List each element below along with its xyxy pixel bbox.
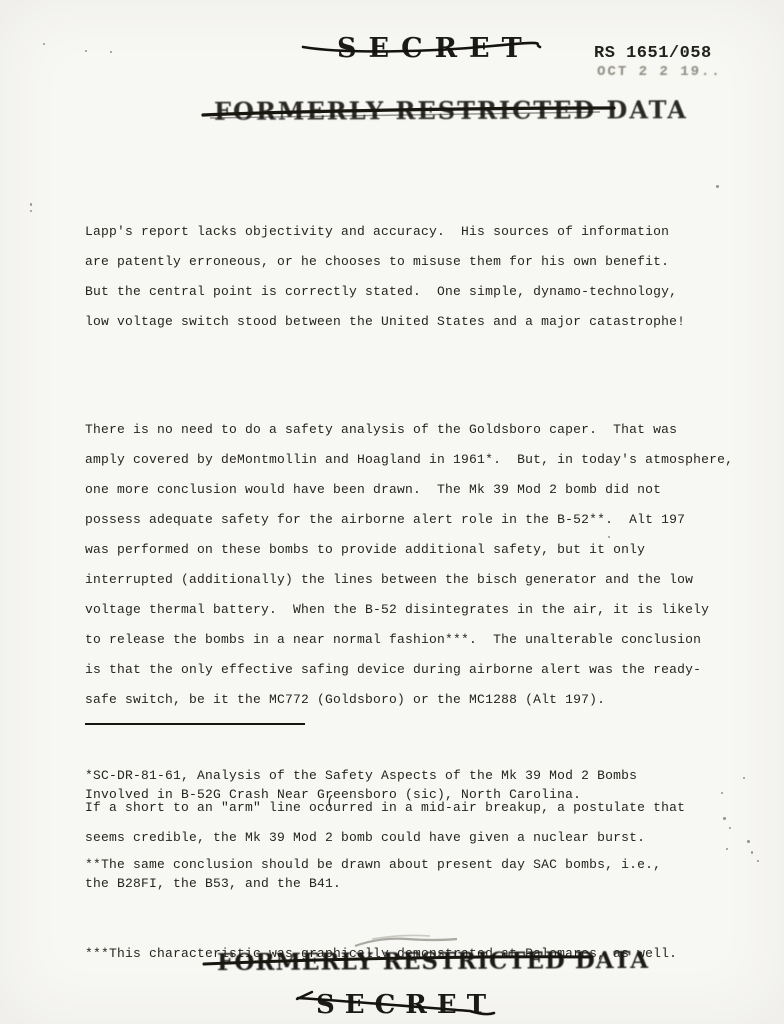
footnote: *SC-DR-81-61, Analysis of the Safety Asp…	[85, 766, 677, 804]
stray-pen-mark: (	[326, 794, 335, 811]
scan-speck	[721, 792, 723, 794]
scan-speck	[110, 51, 112, 53]
scan-speck	[608, 536, 610, 538]
scan-speck	[30, 203, 32, 206]
scan-speck	[43, 43, 45, 45]
date-stamp: OCT 2 2 19..	[597, 64, 722, 80]
formerly-restricted-data-stamp-bottom: FORMERLY RESTRICTED DATA	[217, 947, 649, 976]
scan-speck	[723, 817, 726, 820]
paragraph: There is no need to do a safety analysis…	[85, 415, 733, 715]
document-number: RS 1651/058	[594, 44, 712, 63]
scan-speck	[751, 851, 753, 854]
formerly-restricted-data-stamp-top: FORMERLY RESTRICTED DATA	[214, 95, 688, 126]
footnote-separator-rule	[85, 723, 305, 725]
secret-stamp-top: SECRET	[337, 33, 534, 64]
scan-speck	[85, 50, 87, 52]
scan-speck	[716, 185, 719, 188]
scan-speck	[729, 827, 731, 829]
scan-speck	[743, 777, 745, 779]
scan-speck	[30, 210, 32, 212]
footnote: **The same conclusion should be drawn ab…	[85, 855, 677, 893]
paragraph: Lapp's report lacks objectivity and accu…	[85, 217, 733, 337]
scan-speck	[757, 860, 759, 862]
document-page: SECRET RS 1651/058 OCT 2 2 19.. FORMERLY…	[0, 0, 784, 1024]
scan-speck	[726, 848, 728, 850]
scan-speck	[747, 840, 750, 843]
secret-stamp-bottom: SECRET	[316, 990, 496, 1020]
